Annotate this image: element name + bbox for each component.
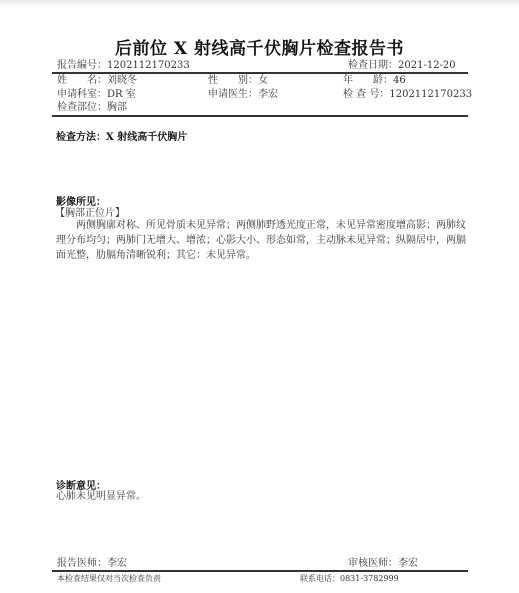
report-title: 后前位 X 射线高千伏胸片检查报告书 — [0, 34, 519, 59]
patient-name-value: 刘晓冬 — [107, 75, 137, 86]
reviewing-physician: 审核医师：李宏 — [348, 557, 418, 570]
body-part-value: 胸部 — [107, 102, 127, 113]
patient-sex-label: 性 别： — [208, 75, 258, 86]
patient-sex-value: 女 — [258, 75, 268, 86]
exam-number-value: 1202112170233 — [389, 89, 472, 100]
page-top-shadow — [0, 0, 519, 6]
body-part-label: 检查部位： — [57, 102, 107, 113]
patient-age: 年 龄：46 — [343, 74, 406, 87]
requesting-doctor-value: 李宏 — [258, 89, 278, 100]
report-number-label: 报告编号： — [57, 60, 107, 71]
exam-method-label: 检查方法： — [56, 132, 106, 143]
footer-divider — [52, 570, 468, 572]
disclaimer: 本检查结果仅对当次检查负责 — [57, 573, 161, 584]
exam-number: 检 查 号：1202112170233 — [343, 88, 472, 101]
requesting-dept: 申请科室：DR 室 — [57, 88, 136, 101]
reviewing-physician-label: 审核医师： — [348, 558, 398, 569]
reporting-physician: 报告医师：李宏 — [57, 557, 127, 570]
contact-phone: 联系电话：0831-3782999 — [300, 573, 399, 584]
report-number: 报告编号：1202112170233 — [57, 59, 190, 72]
patient-name: 姓 名：刘晓冬 — [57, 74, 137, 87]
requesting-doctor-label: 申请医生： — [208, 89, 258, 100]
findings-text: 两侧胸廓对称、所见骨质未见异常；两侧肺野透光度正常，未见异常密度增高影；两肺纹理… — [56, 218, 466, 263]
diagnosis-text: 心肺未见明显异常。 — [56, 489, 146, 504]
exam-date-label: 检查日期： — [348, 60, 398, 71]
requesting-dept-value: DR 室 — [107, 89, 136, 100]
requesting-dept-label: 申请科室： — [57, 89, 107, 100]
contact-phone-label: 联系电话： — [300, 574, 340, 583]
report-number-value: 1202112170233 — [107, 60, 190, 71]
exam-date-value: 2021-12-20 — [398, 60, 456, 71]
exam-method-value: X 射线高千伏胸片 — [106, 132, 187, 143]
requesting-doctor: 申请医生：李宏 — [208, 88, 278, 101]
exam-date: 检查日期：2021-12-20 — [348, 59, 456, 72]
patient-info-divider — [52, 115, 468, 117]
patient-age-value: 46 — [393, 75, 406, 86]
exam-method: 检查方法：X 射线高千伏胸片 — [56, 128, 187, 143]
patient-name-label: 姓 名： — [57, 75, 107, 86]
exam-number-label: 检 查 号： — [343, 89, 389, 100]
reporting-physician-label: 报告医师： — [57, 558, 107, 569]
contact-phone-value: 0831-3782999 — [340, 574, 399, 583]
patient-age-label: 年 龄： — [343, 75, 393, 86]
reviewing-physician-value: 李宏 — [398, 558, 418, 569]
reporting-physician-value: 李宏 — [107, 558, 127, 569]
body-part: 检查部位：胸部 — [57, 101, 127, 114]
patient-sex: 性 别：女 — [208, 74, 268, 87]
